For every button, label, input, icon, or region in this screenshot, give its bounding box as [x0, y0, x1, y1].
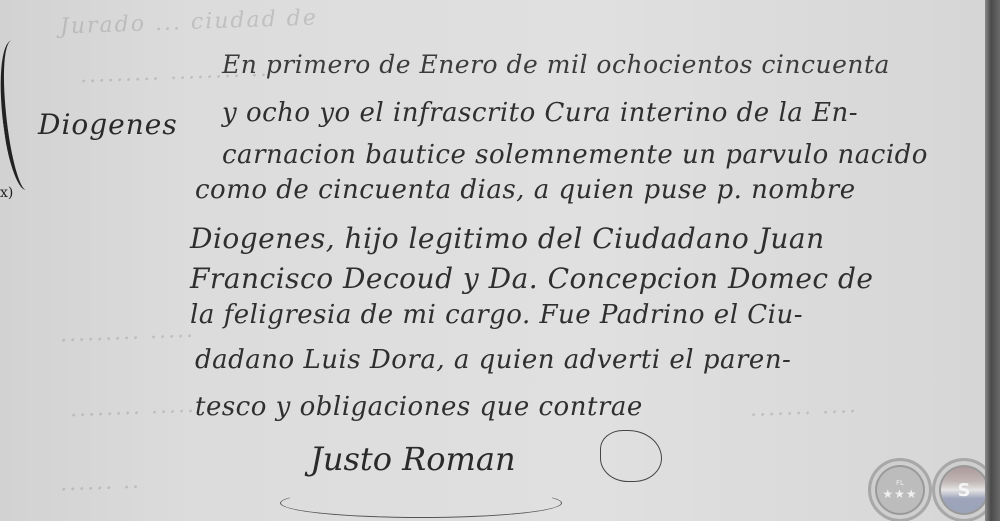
- bleed-through-text: ...... ..: [60, 469, 142, 497]
- signature-rubric: [600, 430, 662, 482]
- book-edge: [985, 0, 1000, 521]
- bleed-through-text: ........ .....: [70, 393, 197, 422]
- bleed-through-text: ......... .....: [60, 318, 196, 348]
- margin-mark: x): [0, 185, 13, 201]
- signature: Justo Roman: [310, 440, 516, 478]
- bleed-through-text: ....... ....: [750, 393, 859, 422]
- record-line: Francisco Decoud y Da. Concepcion Domec …: [190, 262, 873, 295]
- margin-name: Diogenes: [38, 108, 178, 141]
- signature-flourish: [280, 488, 562, 518]
- record-line: tesco y obligaciones que contrae: [195, 392, 643, 422]
- record-line: carnacion bautice solemnemente un parvul…: [222, 140, 928, 170]
- record-line: En primero de Enero de mil ochocientos c…: [222, 50, 890, 79]
- seal-label: FL: [896, 479, 904, 487]
- archive-seal-watermark: FL ★★★: [868, 458, 932, 521]
- document-page: Jurado ... ciudad de ......... ........ …: [0, 0, 985, 521]
- record-line: Diogenes, hijo legitimo del Ciudadano Ju…: [190, 222, 825, 255]
- record-line: como de cincuenta dias, a quien puse p. …: [195, 175, 856, 205]
- record-line: y ocho yo el infrascrito Cura interino d…: [222, 98, 858, 128]
- paraguay-seal-watermark: S: [932, 458, 985, 521]
- stars-icon: ★★★: [882, 487, 917, 501]
- map-icon: S: [958, 480, 971, 501]
- bleed-through-text: Jurado ... ciudad de: [60, 6, 319, 40]
- record-line: la feligresia de mi cargo. Fue Padrino e…: [190, 300, 803, 330]
- record-line: dadano Luis Dora, a quien adverti el par…: [195, 345, 791, 375]
